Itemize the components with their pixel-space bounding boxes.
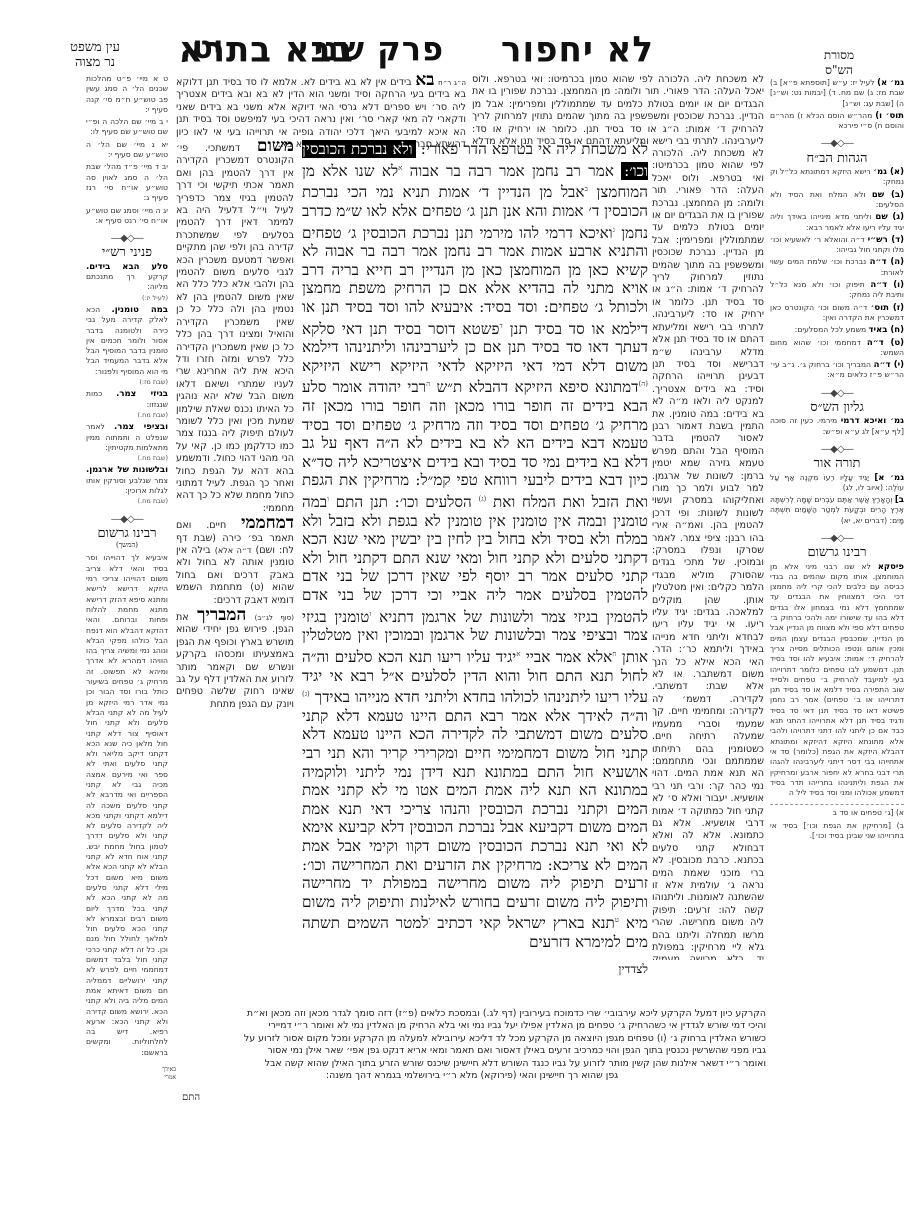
footnote-marker: ד — [499, 322, 502, 330]
entry-text: קרקע רך מתנכתם מליוה: — [86, 272, 168, 291]
opening-word: בא — [415, 70, 434, 90]
footnote-marker: (ג) — [302, 690, 310, 698]
entry-label: תוס׳ ו) — [875, 111, 904, 121]
dibbur-hamatchil: בגיזי צמר. — [116, 389, 168, 399]
dibbur-hamatchil: סלע הבא בידים. — [86, 262, 168, 272]
tosafot-line: גביו מפני שהשרשין נכנסין בתוך הגפן והוי … — [178, 1045, 766, 1057]
tosafot-line: ואומר ר״י דשאר אילנות שהן קשין מותר לזרו… — [178, 1058, 766, 1070]
entry-label: ב] — [895, 495, 904, 505]
mesoret-hashas-section: גמ׳ א) לעיל יז: ע״ש [תוספתא פ״א] ב) שבת … — [770, 78, 904, 131]
ornament-divider: ―◇◆― — [770, 445, 904, 455]
footnote-marker: ו — [327, 495, 329, 503]
dibbur-hamatchil: דמחממי — [241, 513, 294, 533]
gemara-text: וה״ה לאידך אלא אמר רבא התם היינו טעמא דל… — [302, 707, 648, 933]
source-ref: (שבת מח.) — [86, 453, 168, 463]
entry-text: צמר שנלבע וסורקין אותו לגלות ארוכין: — [86, 476, 168, 495]
footnote-marker: ז — [369, 610, 371, 618]
entry-label: (ה) ד״ה — [870, 257, 904, 267]
tosafot-line: כשורש האלדין ברחוק ג׳ (ו) טפחים מגפן היו… — [178, 1033, 766, 1045]
gemara-text: תנא בארץ ישראל קאי דכתיב — [437, 914, 615, 932]
tosafot-column: משום דמשתכי. פי׳ הקונטרס דמשכרין הקדירה … — [176, 140, 294, 980]
footnote-marker: ח — [612, 650, 616, 658]
mesoret-hashas-label: מסורת הש"ס — [804, 48, 874, 78]
tosafot-entry: דמחממי חיים. ואם תאמר בפ׳ כירה (שבת דף ל… — [176, 517, 294, 607]
tosafot-entry: (סוף לג״ב) המבריך את הגפן. פירוש גפן יחי… — [176, 609, 294, 711]
entry-label: גמ׳ ואיכא דרמי — [841, 416, 904, 426]
rashi-top: לא משכחת ליה. הלכורה לפי שהוא טמון בכרמי… — [472, 74, 764, 148]
ornament-divider: ―◇◆― — [86, 234, 168, 244]
rabbeinu-gershom-text: איבעיא לך דהוייהו וסר בסיד והאי דלא צריב… — [86, 553, 168, 1058]
hagahot-entry: (א) גמ׳ רישא היזקא דמתונתא כל״ל וק נמחק: — [770, 167, 904, 188]
gemara-text: הסלעים וכו׳: תנן התם — [336, 493, 472, 511]
ornament-divider: ―◇◆― — [770, 534, 904, 544]
section-title-text: רבינו גרשום — [97, 526, 156, 541]
entry-text: משמע לכל המסלעים: — [795, 325, 866, 334]
tosafot-line: הקרקע כיון דמעל הקרקע ליכא עירבובי׳ שרי … — [178, 1008, 766, 1020]
footnote-marker: ג — [613, 226, 615, 234]
footnote-marker: (ג) — [479, 495, 487, 503]
chapter-name-title: לא יחפור — [501, 29, 654, 71]
folio-number: יט, — [180, 29, 224, 66]
ein-mishpat-entry: יג ה מיי׳ וסמג שם טוש״ע או״ח סי׳ רנט סעי… — [86, 206, 168, 227]
footnote: א) [ג׳ טפחים או סד ב — [770, 808, 904, 818]
rabbeinu-gershom-title: רבינו גרשום — [770, 548, 904, 558]
gemara-main-text: לא משכחת ליה אי בטרפא הדר פאורי: ולא נבר… — [302, 140, 648, 962]
source-ref: (לעיל יז:) — [86, 293, 168, 303]
hagahot-habach-title: הגהות הב״ח — [770, 154, 904, 164]
source-ref: (שבת מח.) — [86, 410, 168, 420]
pninei-rashi-section: סלע הבא בידים. קרקע רך מתנכתם מליוה:(לעי… — [86, 262, 168, 507]
entry-label: (ו) ד״ה — [870, 280, 904, 290]
tosafot-text: את הגפן. פירוש גפן יחידי שהוא מושרש בארץ… — [176, 612, 294, 710]
ornament-divider: ―◇◆― — [770, 139, 904, 149]
footnote-marker: ב — [584, 185, 587, 193]
torah-or-entry: גמ׳ א] יַגִּיד עָלָיו רֵעוֹ מִקְנֶה אַף … — [770, 473, 904, 494]
gemara-text: רבי יהודה אומר סלע הבא בידים זה חופר בור… — [302, 378, 648, 511]
hagahot-entry: (ט) ד״ה דמחממי וכו׳ שהוא מחום השמש: — [770, 338, 904, 359]
tosafot-opening: ה״ג ר״ח בא בידים אין לא בא בידים לא. אלמ… — [176, 74, 466, 138]
ref-label: ד״ה אלא) — [215, 546, 252, 555]
footnote-marker: (ה) — [639, 380, 649, 388]
ornament-divider: ―◇◆― — [770, 389, 904, 399]
pninei-rashi-entry: סלע הבא בידים. קרקע רך מתנכתם מליוה:(לעי… — [86, 262, 168, 303]
gemara-text: אמר רב נחמן אמר רבה בר אבוה — [410, 162, 614, 180]
hagahot-entry: (ג) שם וליתני מדא מינייהו באידך וליה יגי… — [770, 212, 904, 233]
gemara-text: במה טומנין ובמה אין טומנין אין טומנין לא… — [302, 493, 648, 626]
hagahot-entry: (ח) באיד משמע לכל המסלעים: — [770, 325, 904, 335]
footnote-marker: י — [428, 916, 430, 924]
ein-mishpat-entry: ט א מיי׳ פ״ט מהלכות שכנים הל׳ ה סמג עשין… — [86, 74, 168, 115]
torah-or-entry: ב] וְהָאָרֶץ אֲשֶׁר אַתֶּם עֹבְרִים שָׁמ… — [770, 495, 904, 526]
entry-label: גמ׳ א) — [877, 78, 904, 88]
ornament-divider: ―◇◆― — [86, 515, 168, 525]
pninei-rashi-title: פניני רש״י — [86, 248, 168, 258]
source-ref: (שבת מח.) — [86, 496, 168, 506]
entry-label: (ט) ד״ה — [867, 338, 904, 348]
tosafot-line: והיכי דמי שורש לגדדין אי כשהרחיק ג׳ טפחי… — [178, 1020, 766, 1032]
rabbeinu-gershom-title: רבינו גרשום (המשך) — [86, 529, 168, 551]
tosafot-text: דמשתכי. פי׳ הקונטרס דמשכרין הקדירה אין ד… — [176, 143, 294, 514]
footnote: ב) [מרחיקין את הגפת וכו׳] בסיד אי בתרויי… — [770, 821, 904, 842]
ein-mishpat-entry: י ב מיי׳ שם הלכה ה ופ״י שם טוש״ע שם סעיף… — [86, 117, 168, 138]
ref-label: (סוף לג״ב) — [255, 614, 294, 622]
footnote-divider — [770, 804, 904, 805]
right-margin: גמ׳ א) לעיל יז: ע״ש [תוספתא פ״א] ב) שבת … — [770, 78, 904, 843]
entry-text: לא שנו רבני מיני אלא מן המוחמצן. אותו מק… — [770, 562, 904, 756]
catchword: התם — [182, 1092, 200, 1103]
pninei-rashi-entry: במה טומנין. הכא לאלק קדירה מעל גבי כירה … — [86, 305, 168, 387]
entry-text: הכא לאלק קדירה מעל גבי כירה ולטומנה בדבר… — [86, 305, 168, 376]
hagahot-entry: (ב) שם ולא המלח ואת הסיד ולא הסלעים: — [770, 190, 904, 211]
entry-label: (ב) שם — [872, 190, 904, 200]
dibbur-hamatchil: במה טומנין. — [112, 305, 169, 315]
gemara-catchword-line: לצדדין — [302, 960, 648, 979]
hagahot-habach-section: (א) גמ׳ רישא היזקא דמתונתא כל״ל וק נמחק:… — [770, 167, 904, 381]
bottom-tosafot: הקרקע כיון דמעל הקרקע ליכא עירבובי׳ שרי … — [178, 1008, 766, 1082]
gemara-text: דמתונא סיפא היזיקא דהבלא ת״ש — [437, 378, 639, 396]
rashi-text: לא משכחת ליה. הלכורה לפי שהוא טמון בכרמי… — [652, 148, 764, 960]
rashi-column: לא משכחת ליה. הלכורה לפי שהוא טמון בכרמי… — [652, 148, 764, 960]
dibbur-hamatchil: ובציפי צמר. — [114, 422, 168, 432]
piska-label: פיסקא — [878, 562, 904, 572]
torah-or-title: תורה אור — [770, 459, 904, 469]
entry-label: (א) גמ׳ — [873, 167, 904, 177]
left-margin: ט א מיי׳ פ״ט מהלכות שכנים הל׳ ה סמג עשין… — [86, 74, 168, 1058]
rashi-text: לא משכחת ליה. הלכורה לפי שהוא טמון בכרמי… — [472, 74, 764, 148]
footnote-marker: ה — [426, 380, 430, 388]
entry-label: (ז) תוס׳ — [871, 303, 904, 313]
gilyon-hashas-title: גליון הש״ס — [770, 403, 904, 413]
entry-label: (ד) רש״י — [868, 235, 904, 245]
dibbur-hamatchil: משום — [257, 140, 294, 156]
entry-label: גמ׳ א] — [874, 473, 904, 483]
pninei-rashi-entry: בגיזי צמר. כמות שנגזזו:(שבת מח.) — [86, 389, 168, 420]
pninei-rashi-entry: ובלשונות של ארגמן. צמר שנלבע וסורקין אות… — [86, 465, 168, 506]
ein-mishpat-entry: יא ג מיי׳ שם הל׳ ה טוש״ע שם סעיף י: — [86, 140, 168, 161]
dibbur-hamatchil: המבריך — [197, 605, 246, 625]
hagahot-entry: (י) ד״ה המבריך וכו׳ ברחוק ג׳. נ״ב עי׳ הר… — [770, 360, 904, 381]
pninei-rashi-entry: ובציפי צמר. לאמר שנפלט ה ותמתוה ממין מתא… — [86, 422, 168, 463]
ein-mishpat-section: ט א מיי׳ פ״ט מהלכות שכנים הל׳ ה סמג עשין… — [86, 74, 168, 226]
entry-text: וְהָאָרֶץ אֲשֶׁר אַתֶּם עֹבְרִים שָׁמָּה… — [770, 495, 904, 525]
entry-label: (י) ד״ה — [874, 360, 904, 370]
tosafot-label: ה״ג ר״ח — [438, 79, 466, 87]
footnote-marker: א — [516, 650, 520, 658]
dibbur-hamatchil: ובלשונות של ארגמן. — [86, 465, 168, 475]
footnote-marker: ט — [615, 916, 619, 924]
footnote-marker: א — [398, 164, 402, 172]
hagahot-entry: (ה) ד״ה נברכת וכו׳ שלמת המים עשוי לאורת: — [770, 257, 904, 278]
gemara-text: אלא אמר אביי — [526, 648, 612, 666]
mesoret-entry: גמ׳ א) לעיל יז: ע״ש [תוספתא פ״א] ב) שבת … — [770, 78, 904, 109]
entry-label: (ג) שם — [875, 212, 904, 222]
hagahot-entry: (ז) תוס׳ ד״ה משום וכו׳ הקונטרס כאן דמשכר… — [770, 303, 904, 324]
source-ref: (שבת מז:) — [86, 377, 168, 387]
entry-label: (ח) באיד — [869, 325, 904, 335]
hagahot-entry: (ו) ד״ה תיפוק וכו׳ ולא מנא כל״ל ותיבת לי… — [770, 280, 904, 301]
gilyon-entry: גמ׳ ואיכא דרמי מירמי. כעין זה סוכה [לף ע… — [770, 416, 904, 437]
ein-mishpat-entry: יב ד מיי׳ פ״ד מהל׳ שבת הל׳ ה סמג לאוין ס… — [86, 162, 168, 203]
tosafot-line: גפן שהוא רך חיישינן והאי (פירוקא) מלא ר״… — [178, 1070, 766, 1082]
continued-label: (המשך) — [116, 541, 138, 549]
rabbeinu-gershom-text: פיסקא לא שנו רבני מיני אלא מן המוחמצן. א… — [770, 562, 904, 799]
ein-mishpat-label: עין משפט נר מצוה — [50, 40, 140, 70]
mesoret-entry: תוס׳ ו) מהר״ש הוסם הכלא ז) מהר״ם והוסם ח… — [770, 111, 904, 132]
side-note: באידך אמרי — [162, 1066, 176, 1082]
hagahot-entry: (ד) רש״י ד״ה והואלא ר׳ לאשעיא וכו׳ מלו ו… — [770, 235, 904, 256]
tosafot-entry: משום דמשתכי. פי׳ הקונטרס דמשכרין הקדירה … — [176, 140, 294, 515]
